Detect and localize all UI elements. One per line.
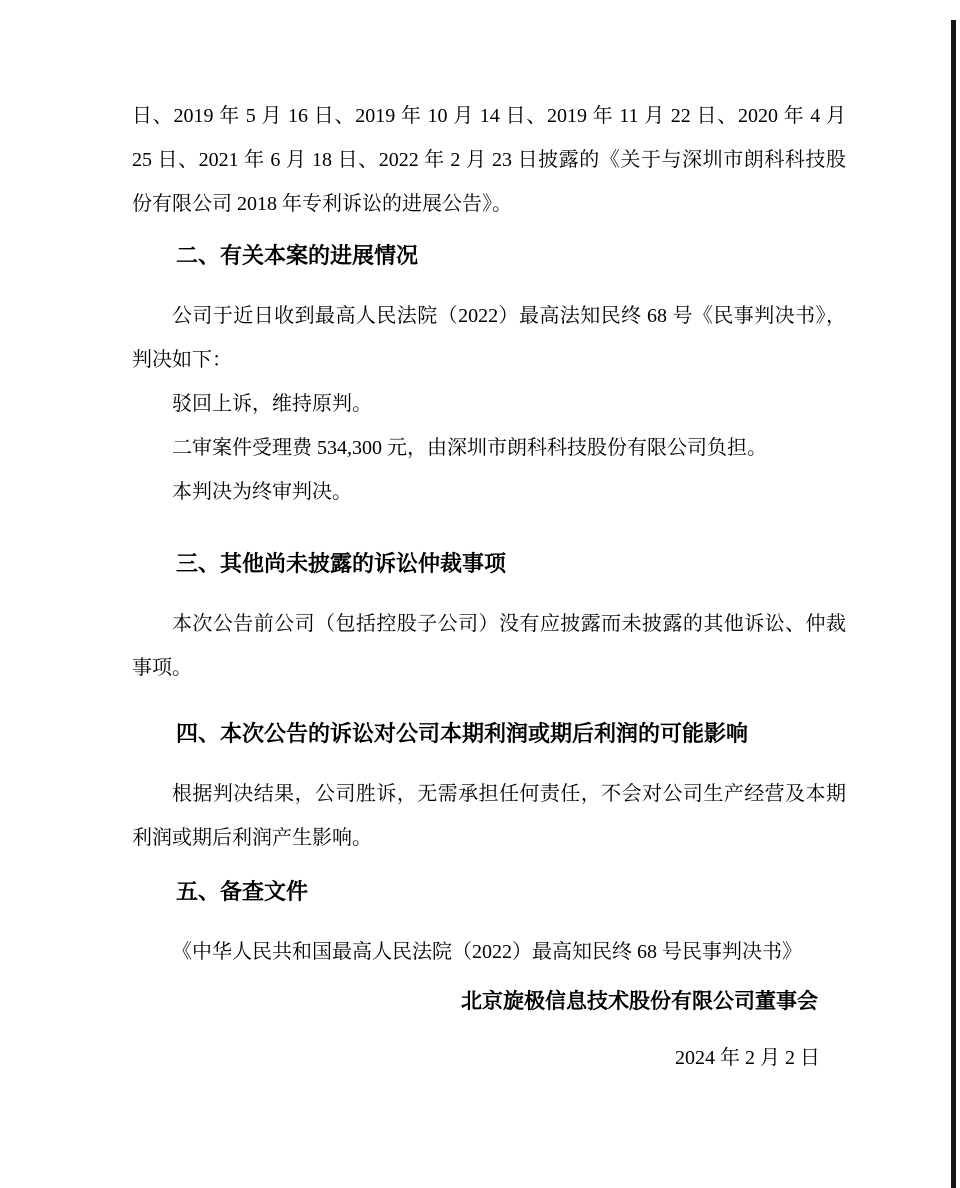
announcement-page: 日、2019 年 5 月 16 日、2019 年 10 月 14 日、2019 … <box>0 0 960 1188</box>
paragraph: 二审案件受理费 534,300 元，由深圳市朗科科技股份有限公司负担。 <box>132 426 846 470</box>
paragraph: 根据判决结果，公司胜诉，无需承担任何责任，不会对公司生产经营及本期利润或期后利润… <box>132 772 846 860</box>
section-heading-profit-impact: 四、本次公告的诉讼对公司本期利润或期后利润的可能影响 <box>132 712 846 756</box>
announcement-date: 2024 年 2 月 2 日 <box>132 1036 846 1080</box>
board-signature: 北京旋极信息技术股份有限公司董事会 <box>132 980 846 1024</box>
intro-continuation-paragraph: 日、2019 年 5 月 16 日、2019 年 10 月 14 日、2019 … <box>132 94 846 226</box>
document-body: 日、2019 年 5 月 16 日、2019 年 10 月 14 日、2019 … <box>132 94 846 1080</box>
section-undisclosed-litigation: 三、其他尚未披露的诉讼仲裁事项 本次公告前公司（包括控股子公司）没有应披露而未披… <box>132 542 846 690</box>
paragraph: 公司于近日收到最高人民法院（2022）最高法知民终 68 号《民事判决书》，判决… <box>132 294 846 382</box>
paragraph: 本次公告前公司（包括控股子公司）没有应披露而未披露的其他诉讼、仲裁事项。 <box>132 602 846 690</box>
paragraph: 驳回上诉，维持原判。 <box>132 382 846 426</box>
section-heading-progress: 二、有关本案的进展情况 <box>132 234 846 278</box>
section-reference-documents: 五、备查文件 《中华人民共和国最高人民法院（2022）最高知民终 68 号民事判… <box>132 870 846 974</box>
right-edge-scan-line <box>951 20 956 1188</box>
section-profit-impact: 四、本次公告的诉讼对公司本期利润或期后利润的可能影响 根据判决结果，公司胜诉，无… <box>132 712 846 860</box>
section-progress: 二、有关本案的进展情况 公司于近日收到最高人民法院（2022）最高法知民终 68… <box>132 234 846 514</box>
section-heading-undisclosed-litigation: 三、其他尚未披露的诉讼仲裁事项 <box>132 542 846 586</box>
paragraph: 《中华人民共和国最高人民法院（2022）最高知民终 68 号民事判决书》 <box>132 930 846 974</box>
paragraph: 本判决为终审判决。 <box>132 470 846 514</box>
section-heading-reference-documents: 五、备查文件 <box>132 870 846 914</box>
